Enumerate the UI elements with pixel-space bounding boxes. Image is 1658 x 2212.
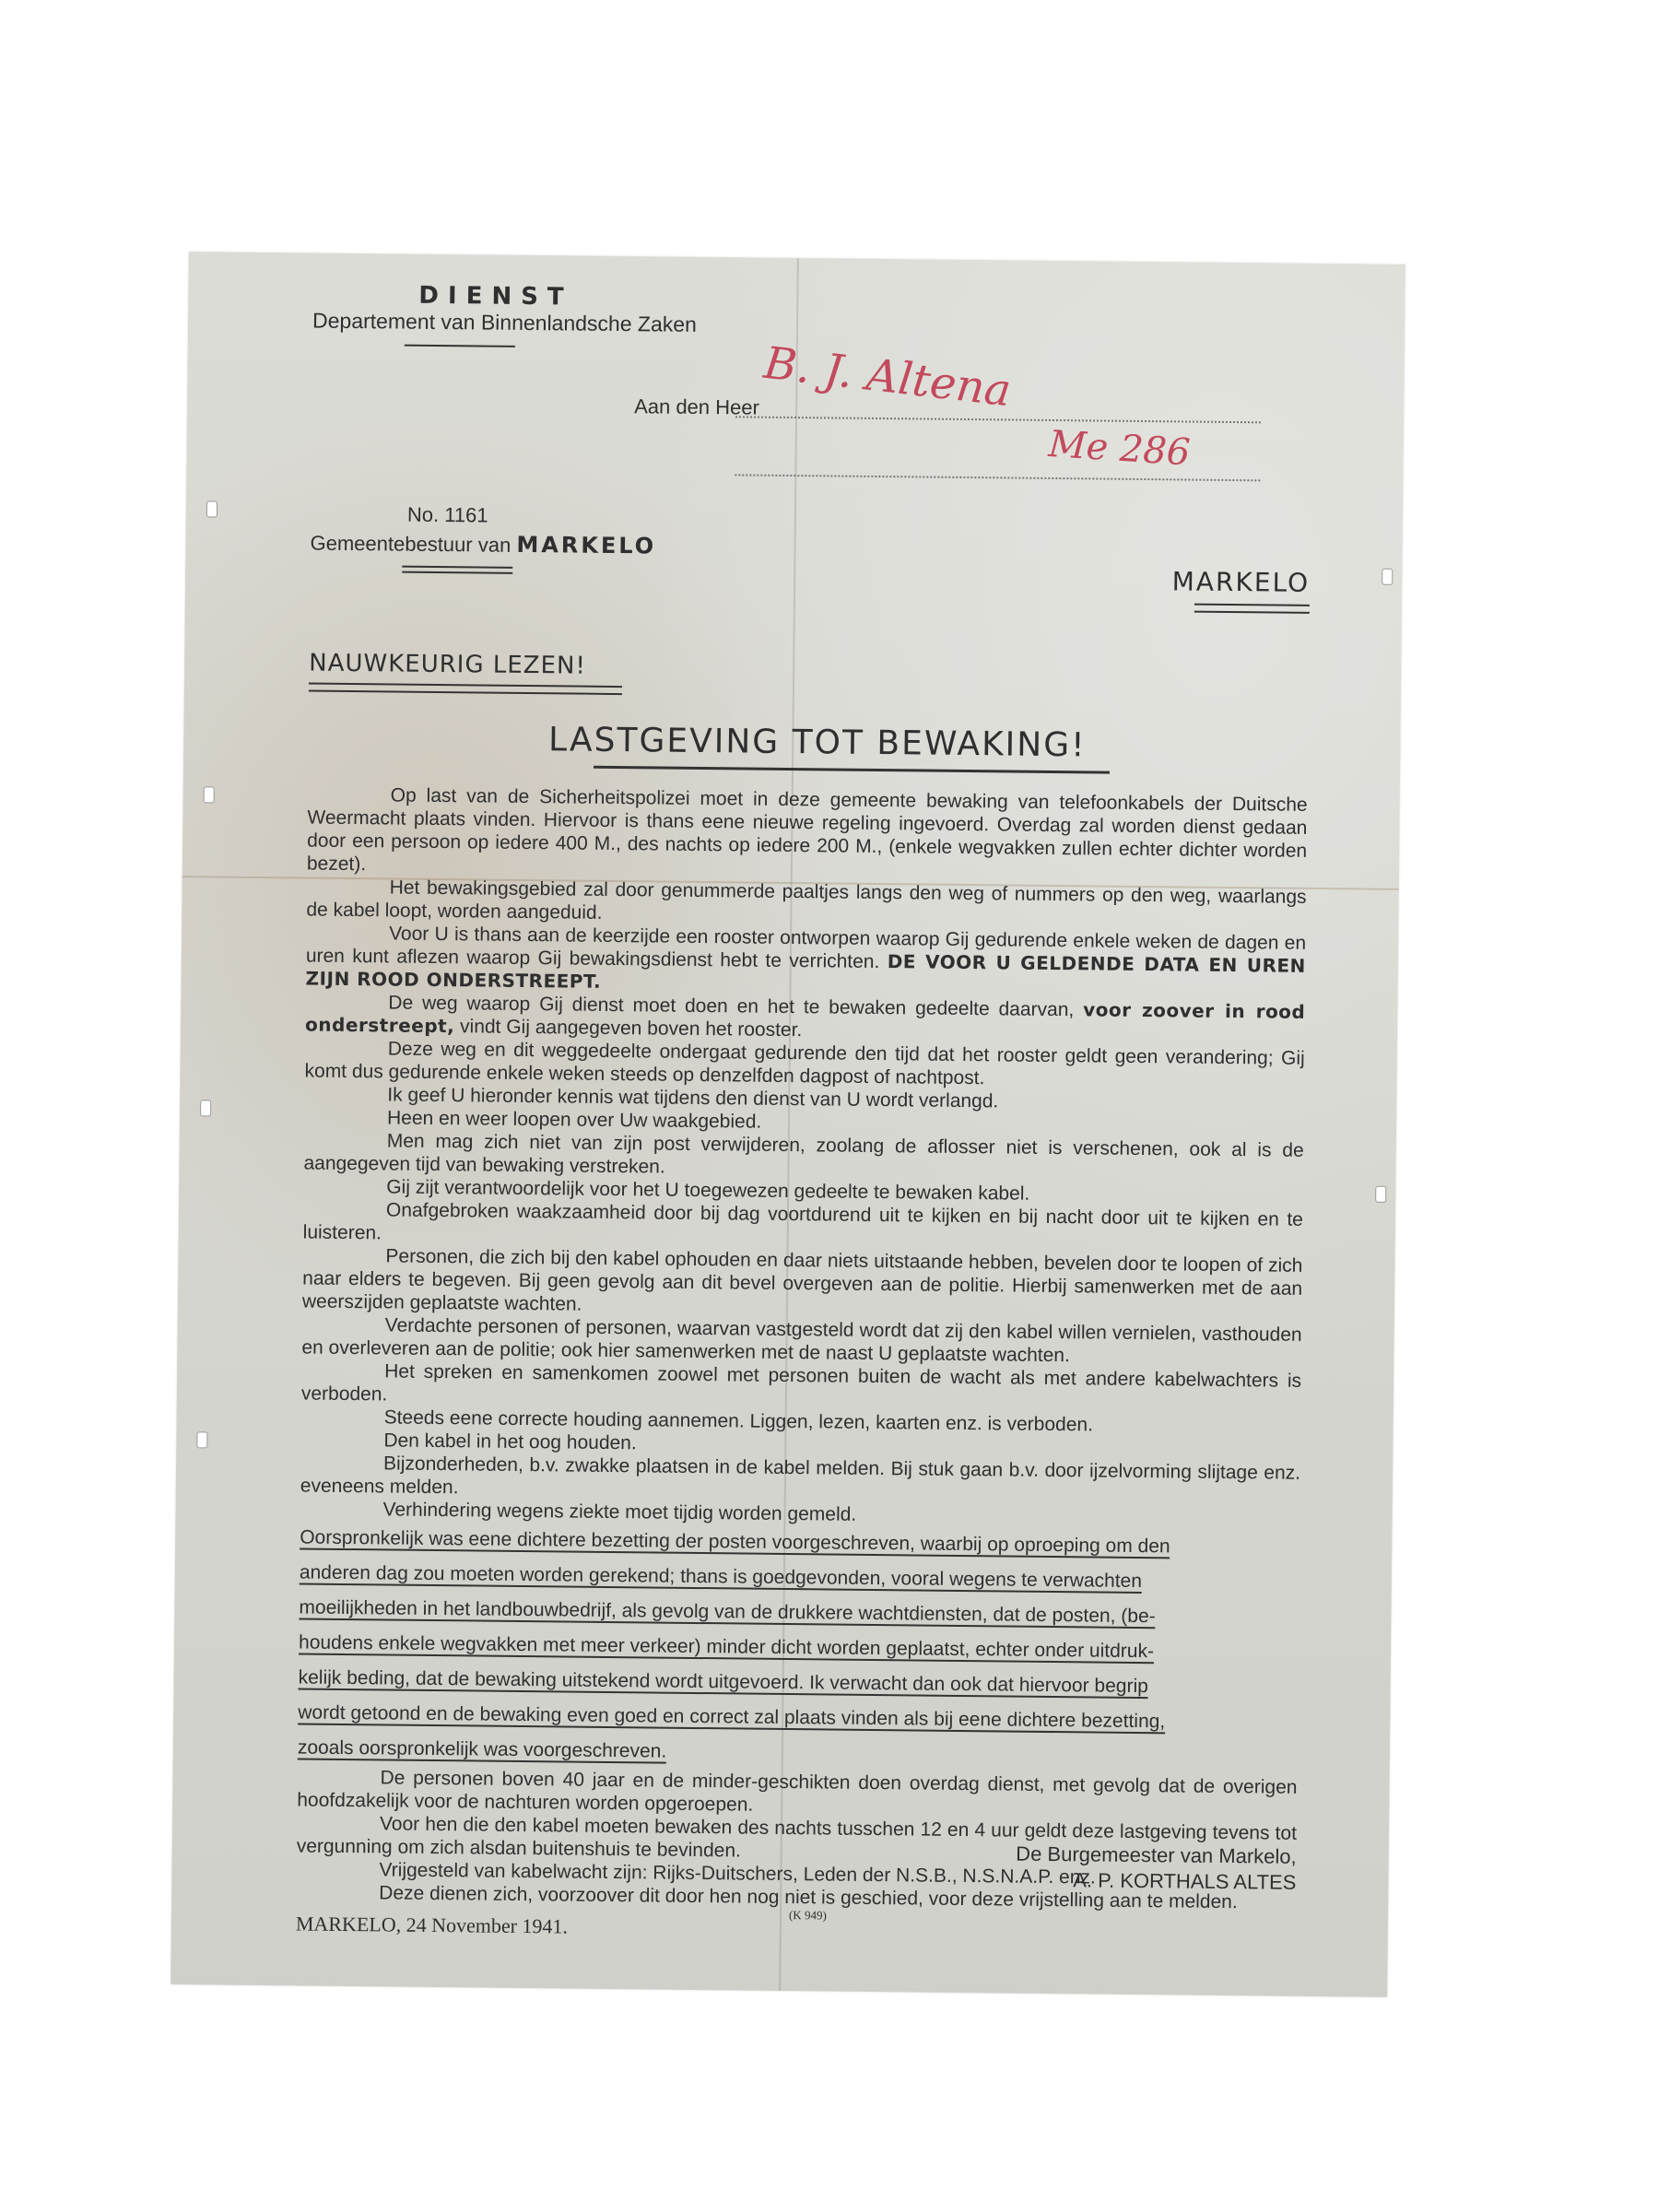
paragraph: Personen, die zich bij den kabel ophoude… — [302, 1243, 1303, 1323]
paragraph: Op last van de Sicherheitspolizei moet i… — [307, 783, 1308, 886]
municipality-name: MARKELO — [516, 532, 656, 559]
document-sheet: DIENST Departement van Binnenlandsche Za… — [171, 252, 1405, 1997]
divider — [1194, 604, 1310, 606]
underlined-line: kelijk beding, dat de bewaking uitsteken… — [299, 1666, 1148, 1699]
punch-hole — [196, 1431, 207, 1448]
dienst-label: DIENST — [418, 282, 573, 312]
handwritten-name: B. J. Altena — [761, 337, 1014, 418]
place-name: MARKELO — [1172, 566, 1311, 598]
title-underline — [594, 766, 1110, 774]
underlined-line: zooals oorspronkelijk was voorgeschreven… — [298, 1736, 667, 1763]
punch-hole — [204, 786, 215, 803]
underlined-line: Oorspronkelijk was eene dichtere bezetti… — [300, 1526, 1170, 1559]
divider — [309, 683, 622, 688]
divider — [402, 566, 512, 569]
department-name: Departement van Binnenlandsche Zaken — [312, 309, 697, 337]
divider — [405, 345, 515, 347]
signature-block: De Burgemeester van Markelo, A. P. KORTH… — [1016, 1841, 1297, 1896]
underlined-line: anderen dag zou moeten worden gerekend; … — [300, 1561, 1142, 1594]
signature-name: A. P. KORTHALS ALTES — [1016, 1867, 1297, 1896]
divider — [1194, 611, 1310, 614]
punch-hole — [200, 1100, 211, 1116]
document-body: Op last van de Sicherheitspolizei moet i… — [296, 783, 1308, 1914]
punch-hole — [206, 500, 218, 517]
divider — [309, 690, 622, 696]
underlined-line: houdens enkele wegvakken met meer verkee… — [299, 1631, 1154, 1664]
notice-heading: NAUWKEURIG LEZEN! — [309, 650, 586, 680]
underlined-block: Oorspronkelijk was eene dichtere bezetti… — [298, 1520, 1300, 1775]
underlined-line: wordt getoond en de bewaking even goed e… — [298, 1701, 1165, 1734]
signature-title: De Burgemeester van Markelo, — [1016, 1841, 1297, 1870]
punch-hole — [1375, 1186, 1386, 1203]
municipality-line: Gemeentebestuur van MARKELO — [310, 530, 656, 559]
address-line — [735, 474, 1260, 481]
address-line — [735, 416, 1261, 423]
municipality-prefix: Gemeentebestuur van — [310, 532, 511, 557]
paragraph: Voor U is thans aan de keerzijde een roo… — [305, 922, 1306, 1001]
document-title: LASTGEVING TOT BEWAKING! — [289, 718, 1345, 767]
underlined-line: moeilijkheden in het landbouwbedrijf, al… — [299, 1596, 1155, 1629]
divider — [402, 571, 512, 574]
print-code: (K 949) — [789, 1908, 827, 1923]
punch-hole — [1382, 569, 1393, 585]
date-line: MARKELO, 24 November 1941. — [296, 1912, 568, 1938]
handwritten-number: Me 286 — [1047, 423, 1191, 475]
document-number: No. 1161 — [407, 503, 488, 528]
